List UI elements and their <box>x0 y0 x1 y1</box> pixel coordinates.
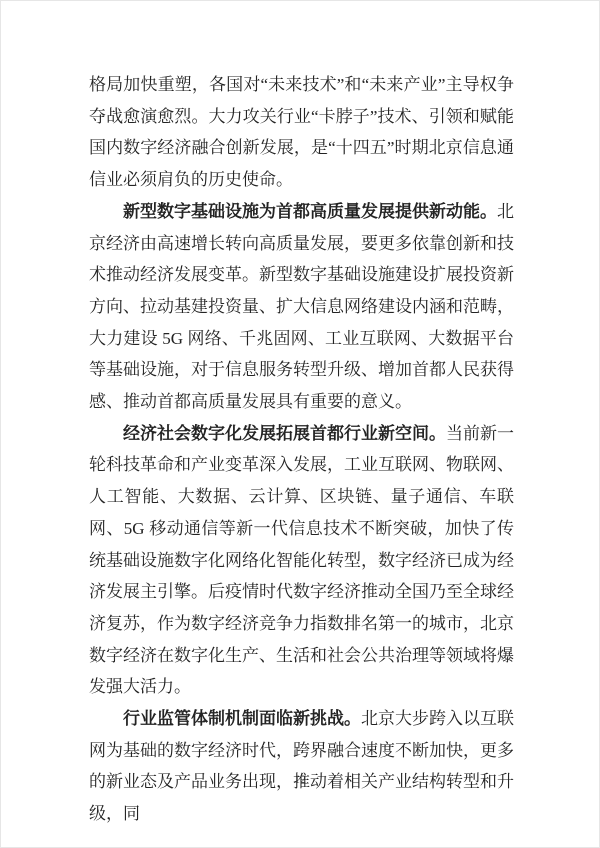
paragraph-text: 格局加快重塑，各国对“未来技术”和“未来产业”主导权争夺战愈演愈烈。大力攻关行业… <box>89 75 514 189</box>
page-number: 12 <box>1 772 599 787</box>
paragraph-lead: 经济社会数字化发展拓展首都行业新空间。 <box>123 424 446 443</box>
paragraph: 经济社会数字化发展拓展首都行业新空间。当前新一轮科技革命和产业变革深入发展，工业… <box>89 418 514 703</box>
paragraph: 新型数字基础设施为首都高质量发展提供新动能。北京经济由高速增长转向高质量发展，要… <box>89 196 514 418</box>
paragraph: 行业监管体制机制面临新挑战。北京大步跨入以互联网为基础的数字经济时代，跨界融合速… <box>89 703 514 830</box>
text-block: 格局加快重塑，各国对“未来技术”和“未来产业”主导权争夺战愈演愈烈。大力攻关行业… <box>89 69 514 830</box>
paragraph-text: 北京经济由高速增长转向高质量发展，要更多依靠创新和技术推动经济发展变革。新型数字… <box>89 202 514 411</box>
paragraph-text: 当前新一轮科技革命和产业变革深入发展，工业互联网、物联网、人工智能、大数据、云计… <box>89 424 514 697</box>
paragraph-lead: 行业监管体制机制面临新挑战。 <box>123 709 361 728</box>
paragraph-lead: 新型数字基础设施为首都高质量发展提供新动能。 <box>123 202 497 221</box>
paragraph: 格局加快重塑，各国对“未来技术”和“未来产业”主导权争夺战愈演愈烈。大力攻关行业… <box>89 69 514 196</box>
document-page: 格局加快重塑，各国对“未来技术”和“未来产业”主导权争夺战愈演愈烈。大力攻关行业… <box>0 0 600 848</box>
